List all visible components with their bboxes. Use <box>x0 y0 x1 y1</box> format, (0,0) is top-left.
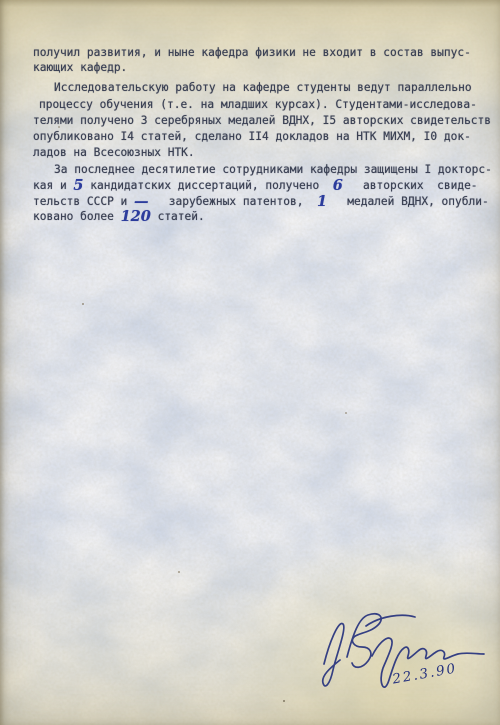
signature-scribble <box>308 602 493 707</box>
typed-text: кая и <box>33 179 73 192</box>
typed-line: ладов на Всесоюзных НТК. <box>33 145 195 161</box>
typed-line: получил развития, и ныне кафедра физики … <box>33 45 471 61</box>
typed-text: статей. <box>151 210 205 223</box>
typed-text: ковано более <box>33 210 121 223</box>
typed-text: тельств СССР и <box>33 195 134 208</box>
typed-text: получил развития, и ныне кафедра физики … <box>33 46 471 59</box>
typed-line: кающих кафедр. <box>33 60 127 76</box>
handwritten-insertion: 120 <box>121 208 151 225</box>
typed-text: кандидатских диссертаций, получено <box>84 179 333 192</box>
typed-text: кающих кафедр. <box>33 61 127 74</box>
typed-text: телями получено 3 серебряных медалей ВДН… <box>33 114 491 127</box>
typed-line: опубликовано I4 статей, сделано II4 докл… <box>33 129 471 145</box>
handwritten-insertion: 1 <box>317 193 327 210</box>
typed-line: За последнее десятилетие сотрудниками ка… <box>54 162 492 178</box>
typed-line: кая и 5 кандидатских диссертаций, получе… <box>33 177 478 194</box>
typed-text: авторских свиде- <box>343 179 478 192</box>
typed-line: Исследовательскую работу на кафедре студ… <box>54 80 472 96</box>
handwritten-insertion: 5 <box>73 177 83 194</box>
typed-line: ковано более 120 статей. <box>33 208 205 225</box>
handwritten-insertion: 6 <box>333 177 343 194</box>
typed-text: процессу обучения (т.е. на младших курса… <box>39 98 477 111</box>
typed-text: зарубежных патентов, <box>149 195 317 208</box>
typed-line: телями получено 3 серебряных медалей ВДН… <box>33 113 491 129</box>
typed-line: процессу обучения (т.е. на младших курса… <box>39 97 477 113</box>
typed-text: ладов на Всесоюзных НТК. <box>33 146 195 159</box>
typed-text: опубликовано I4 статей, сделано II4 докл… <box>33 130 471 143</box>
typed-text: медалей ВДНХ, опубли- <box>327 195 489 208</box>
scanned-document-page: получил развития, и ныне кафедра физики … <box>0 0 500 725</box>
typed-text: За последнее десятилетие сотрудниками ка… <box>54 163 492 176</box>
typed-text: Исследовательскую работу на кафедре студ… <box>54 81 472 94</box>
signature-block: 22.3.90 <box>308 602 493 707</box>
